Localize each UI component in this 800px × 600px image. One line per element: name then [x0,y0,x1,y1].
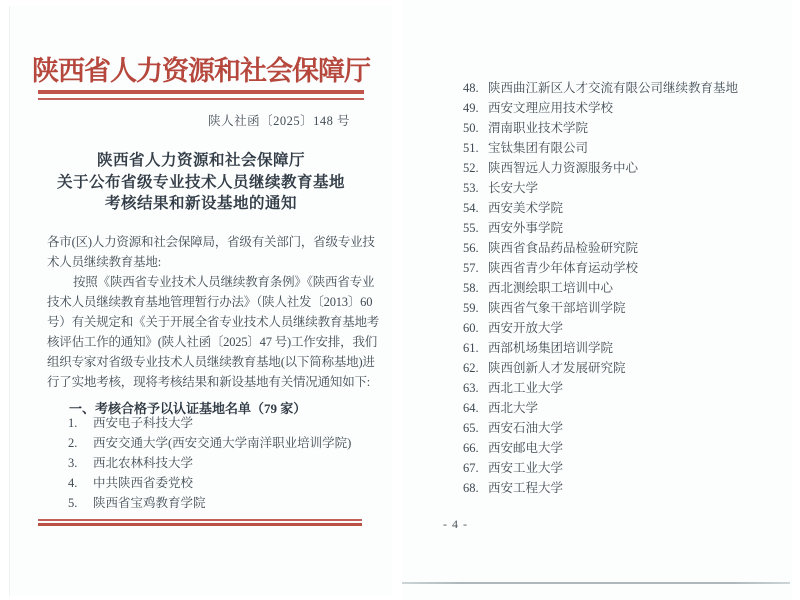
list-item: 58. 西北测绘职工培训中心 [463,278,783,298]
list-item-name: 宝钛集团有限公司 [488,138,588,158]
list-item: 54. 西安美术学院 [463,198,783,218]
list-item-number: 1. [68,413,93,433]
list-item-number: 64. [463,398,488,418]
list-item-number: 65. [463,418,488,438]
list-item: 65. 西安石油大学 [463,418,783,438]
list-item-number: 55. [463,218,488,238]
list-item-number: 51. [463,138,488,158]
list-item: 2. 西安交通大学(西安交通大学南洋职业培训学院) [68,433,378,453]
document-page-left: 陕西省人力资源和社会保障厅 陕人社函〔2025〕148 号 陕西省人力资源和社会… [10,6,392,596]
list-item-name: 西北农林科技大学 [93,453,193,473]
list-item-number: 54. [463,198,488,218]
list-item-name: 长安大学 [488,178,538,198]
list-item-number: 5. [68,493,93,513]
list-item-name: 西安电子科技大学 [93,413,193,433]
document-title: 陕西省人力资源和社会保障厅 关于公布省级专业技术人员继续教育基地 考核结果和新设… [10,150,392,215]
scanned-document: 陕西省人力资源和社会保障厅 陕人社函〔2025〕148 号 陕西省人力资源和社会… [0,0,800,600]
letterhead-rule-thick [38,90,364,94]
list-item: 57. 陕西省青少年体育运动学校 [463,258,783,278]
list-item-name: 西安交通大学(西安交通大学南洋职业培训学院) [93,433,351,453]
document-title-line-3: 考核结果和新设基地的通知 [10,193,392,215]
body-text-line: 核评估工作的通知》(陕人社函〔2025〕47 号)工作安排，我们 [47,332,371,352]
list-item-name: 陕西创新人才发展研究院 [488,358,626,378]
list-item: 60. 西安开放大学 [463,318,783,338]
document-body: 各市(区)人力资源和社会保障局，省级有关部门，省级专业技术人员继续教育基地:按照… [47,232,371,392]
list-item: 3. 西北农林科技大学 [68,453,378,473]
list-item-name: 陕西省食品药品检验研究院 [488,238,638,258]
document-number: 陕人社函〔2025〕148 号 [208,111,350,129]
page-bottom-edge [402,582,790,584]
list-item-number: 48. [463,78,488,98]
list-item-number: 63. [463,378,488,398]
list-item: 1. 西安电子科技大学 [68,413,378,433]
letterhead-rule-thin [38,98,364,100]
certified-bases-list-right: 48. 陕西曲江新区人才交流有限公司继续教育基地 49. 西安文理应用技术学校 … [463,78,783,498]
body-text-line: 行了实地考核，现将考核结果和新设基地有关情况通知如下: [47,372,371,392]
list-item-name: 中共陕西省委党校 [93,473,193,493]
list-item: 50. 渭南职业技术学院 [463,118,783,138]
list-item: 49. 西安文理应用技术学校 [463,98,783,118]
list-item-name: 西安工业大学 [488,458,563,478]
list-item: 5. 陕西省宝鸡教育学院 [68,493,378,513]
document-title-line-2: 关于公布省级专业技术人员继续教育基地 [10,172,392,194]
list-item-number: 62. [463,358,488,378]
list-item: 59. 陕西省气象干部培训学院 [463,298,783,318]
list-item-name: 西安外事学院 [488,218,563,238]
list-item-name: 西北大学 [488,398,538,418]
list-item-name: 渭南职业技术学院 [488,118,588,138]
list-item-number: 61. [463,338,488,358]
page-number: - 4 - [443,517,468,532]
body-text-line: 号）有关规定和《关于开展全省专业技术人员继续教育基地考 [47,312,371,332]
list-item-name: 西安开放大学 [488,318,563,338]
footer-rule-thin [38,519,362,521]
list-item-number: 53. [463,178,488,198]
list-item: 64. 西北大学 [463,398,783,418]
list-item-name: 西安邮电大学 [488,438,563,458]
list-item-name: 陕西省气象干部培训学院 [488,298,626,318]
list-item-name: 西安美术学院 [488,198,563,218]
list-item: 63. 西北工业大学 [463,378,783,398]
list-item: 52. 陕西智远人力资源服务中心 [463,158,783,178]
list-item-number: 59. [463,298,488,318]
footer-rule-thick [38,523,362,526]
list-item-name: 西部机场集团培训学院 [488,338,613,358]
list-item-name: 西安工程大学 [488,478,563,498]
certified-bases-list-left: 1. 西安电子科技大学 2. 西安交通大学(西安交通大学南洋职业培训学院) 3.… [68,413,378,513]
body-text-line: 术人员继续教育基地: [47,252,371,272]
list-item-number: 57. [463,258,488,278]
list-item: 51. 宝钛集团有限公司 [463,138,783,158]
list-item-number: 49. [463,98,488,118]
list-item: 66. 西安邮电大学 [463,438,783,458]
list-item-name: 西安石油大学 [488,418,563,438]
document-page-right: 48. 陕西曲江新区人才交流有限公司继续教育基地 49. 西安文理应用技术学校 … [402,0,792,600]
list-item-name: 陕西曲江新区人才交流有限公司继续教育基地 [488,78,738,98]
list-item-number: 2. [68,433,93,453]
body-text-line: 各市(区)人力资源和社会保障局，省级有关部门，省级专业技 [47,232,371,252]
list-item: 4. 中共陕西省委党校 [68,473,378,493]
list-item-number: 52. [463,158,488,178]
list-item-name: 西北工业大学 [488,378,563,398]
list-item-number: 60. [463,318,488,338]
body-text-line: 技术人员继续教育基地管理暂行办法》（陕人社发〔2013〕60 [47,292,371,312]
list-item: 53. 长安大学 [463,178,783,198]
list-item-number: 67. [463,458,488,478]
body-text-line: 组织专家对省级专业技术人员继续教育基地(以下简称基地)进 [47,352,371,372]
list-item-name: 西北测绘职工培训中心 [488,278,613,298]
list-item-name: 西安文理应用技术学校 [488,98,613,118]
list-item-number: 68. [463,478,488,498]
list-item: 61. 西部机场集团培训学院 [463,338,783,358]
list-item-number: 66. [463,438,488,458]
list-item-number: 56. [463,238,488,258]
list-item: 68. 西安工程大学 [463,478,783,498]
list-item: 55. 西安外事学院 [463,218,783,238]
list-item: 56. 陕西省食品药品检验研究院 [463,238,783,258]
list-item-number: 58. [463,278,488,298]
list-item: 48. 陕西曲江新区人才交流有限公司继续教育基地 [463,78,783,98]
list-item-number: 3. [68,453,93,473]
list-item-name: 陕西智远人力资源服务中心 [488,158,638,178]
body-text-line: 按照《陕西省专业技术人员继续教育条例》《陕西省专业 [47,272,371,292]
list-item: 62. 陕西创新人才发展研究院 [463,358,783,378]
agency-letterhead: 陕西省人力资源和社会保障厅 [10,56,392,86]
list-item-name: 陕西省宝鸡教育学院 [93,493,206,513]
list-item: 67. 西安工业大学 [463,458,783,478]
list-item-number: 4. [68,473,93,493]
document-title-line-1: 陕西省人力资源和社会保障厅 [10,150,392,172]
list-item-number: 50. [463,118,488,138]
list-item-name: 陕西省青少年体育运动学校 [488,258,638,278]
